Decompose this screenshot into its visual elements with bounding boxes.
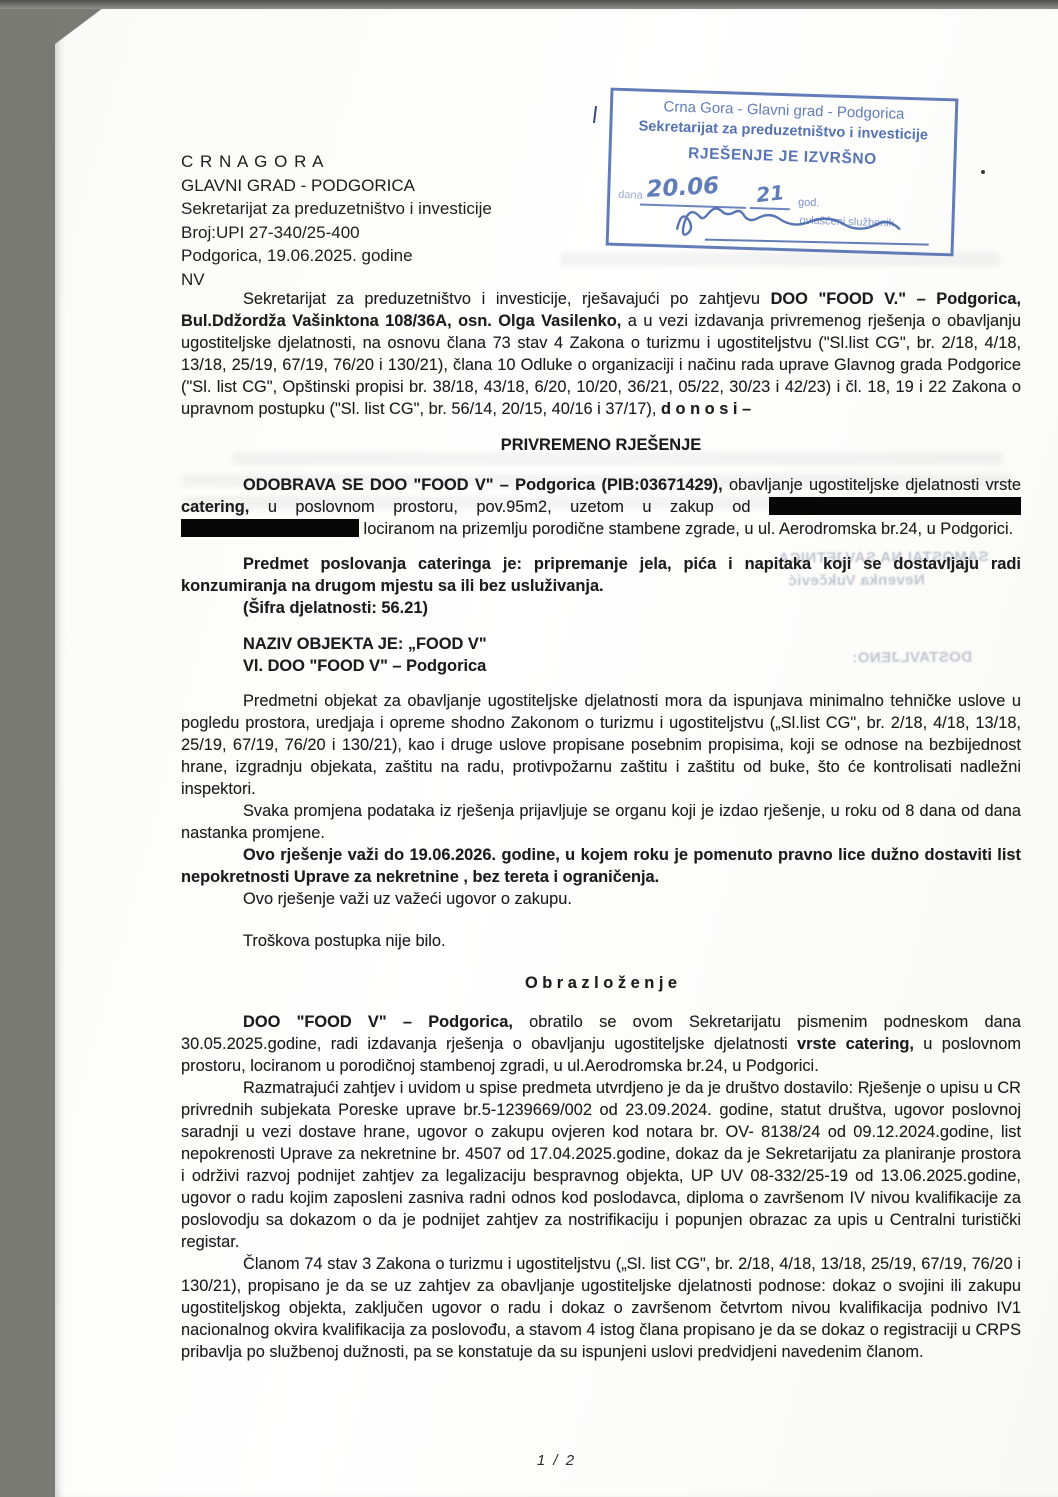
text-segment: Ovo rješenje važi uz važeći ugovor o zak…	[243, 890, 572, 908]
predmet-paragraph: Predmet poslovanja cateringa je: priprem…	[181, 553, 1021, 597]
text-segment: O b r a z l o ž e n j e	[525, 974, 677, 992]
text-segment: Razmatrajući zahtjev i uvidom u spise pr…	[181, 1079, 1021, 1251]
odobrava-paragraph: ODOBRAVA SE DOO "FOOD V" – Podgorica (PI…	[181, 474, 1021, 540]
text-segment: Vl. DOO "FOOD V" – Podgorica	[243, 657, 486, 675]
text-segment: PRIVREMENO RJEŠENJE	[501, 436, 701, 454]
text-segment: ODOBRAVA SE DOO "FOOD V" – Podgorica (PI…	[243, 476, 723, 494]
letterhead-line: Broj:UPI 27-340/25-400	[181, 221, 492, 245]
ugovor-line: Ovo rješenje važi uz važeći ugovor o zak…	[181, 888, 1021, 910]
executory-stamp: Crna Gora - Glavni grad - Podgorica Sekr…	[606, 88, 959, 257]
text-segment: d o n o s i –	[661, 400, 751, 418]
scan-top-edge	[0, 0, 1058, 9]
text-segment: vrste catering,	[797, 1035, 914, 1053]
text-segment: (Šifra djelatnosti: 56.21)	[243, 599, 428, 617]
page-number: 1 / 2	[55, 1452, 1058, 1469]
promjena-paragraph: Svaka promjena podataka iz rješenja prij…	[181, 800, 1021, 844]
dokazi-paragraph: Razmatrajući zahtjev i uvidom u spise pr…	[181, 1077, 1021, 1253]
text-segment: NAZIV OBJEKTA JE: „FOOD V"	[243, 635, 487, 653]
heading-privremeno-rjesenje: PRIVREMENO RJEŠENJE	[181, 434, 1021, 456]
naziv-line: NAZIV OBJEKTA JE: „FOOD V"	[181, 633, 1021, 655]
signature	[667, 194, 940, 251]
text-segment: Članom 74 stav 3 Zakona o turizmu i ugos…	[181, 1255, 1021, 1361]
intro-paragraph: Sekretarijat za preduzetništvo i investi…	[181, 288, 1021, 420]
text-segment: Svaka promjena podataka iz rješenja prij…	[181, 802, 1021, 842]
text-segment: obavljanje ugostiteljske djelatnosti vrs…	[723, 476, 1021, 494]
letterhead: C R N A G O R AGLAVNI GRAD - PODGORICASe…	[181, 150, 492, 291]
redaction-bar	[769, 497, 1021, 515]
troskovi-line: Troškova postupka nije bilo.	[181, 930, 1021, 952]
heading-obrazlozenje: O b r a z l o ž e n j e	[181, 972, 1021, 994]
stamp-line-executory: RJEŠENJE JE IZVRŠNO	[611, 143, 953, 172]
stamp-date-label: dana	[618, 189, 643, 202]
sifra-line: (Šifra djelatnosti: 56.21)	[181, 597, 1021, 619]
paper-corner-fold	[55, 8, 103, 44]
text-segment: Predmet poslovanja cateringa je: priprem…	[181, 555, 1021, 595]
text-segment: catering,	[181, 498, 249, 516]
text-segment: DOO "FOOD V" – Podgorica,	[243, 1013, 513, 1031]
stray-dot	[981, 170, 985, 174]
vazenje-paragraph: Ovo rješenje važi do 19.06.2026. godine,…	[181, 844, 1021, 888]
text-segment: Ovo rješenje važi do 19.06.2026. godine,…	[181, 846, 1021, 886]
letterhead-line: Podgorica, 19.06.2025. godine	[181, 244, 492, 268]
vlasnik-line: Vl. DOO "FOOD V" – Podgorica	[181, 655, 1021, 677]
text-segment: lociranom na prizemlju porodične stamben…	[359, 520, 1013, 538]
text-segment: Sekretarijat za preduzetništvo i investi…	[243, 290, 771, 308]
text-segment: u poslovnom prostoru, pov.95m2, uzetom u…	[249, 498, 769, 516]
letterhead-line: Sekretarijat za preduzetništvo i investi…	[181, 197, 492, 221]
uslovi-paragraph: Predmetni objekat za obavljanje ugostite…	[181, 690, 1021, 800]
text-segment: Predmetni objekat za obavljanje ugostite…	[181, 692, 1021, 798]
document-body: Sekretarijat za preduzetništvo i investi…	[181, 288, 1021, 1363]
podnesak-paragraph: DOO "FOOD V" – Podgorica, obratilo se ov…	[181, 1011, 1021, 1077]
letterhead-line: GLAVNI GRAD - PODGORICA	[181, 174, 492, 198]
redaction-bar	[181, 519, 359, 537]
clan74-paragraph: Članom 74 stav 3 Zakona o turizmu i ugos…	[181, 1253, 1021, 1363]
letterhead-line: C R N A G O R A	[181, 150, 492, 174]
text-segment: Troškova postupka nije bilo.	[243, 932, 446, 950]
